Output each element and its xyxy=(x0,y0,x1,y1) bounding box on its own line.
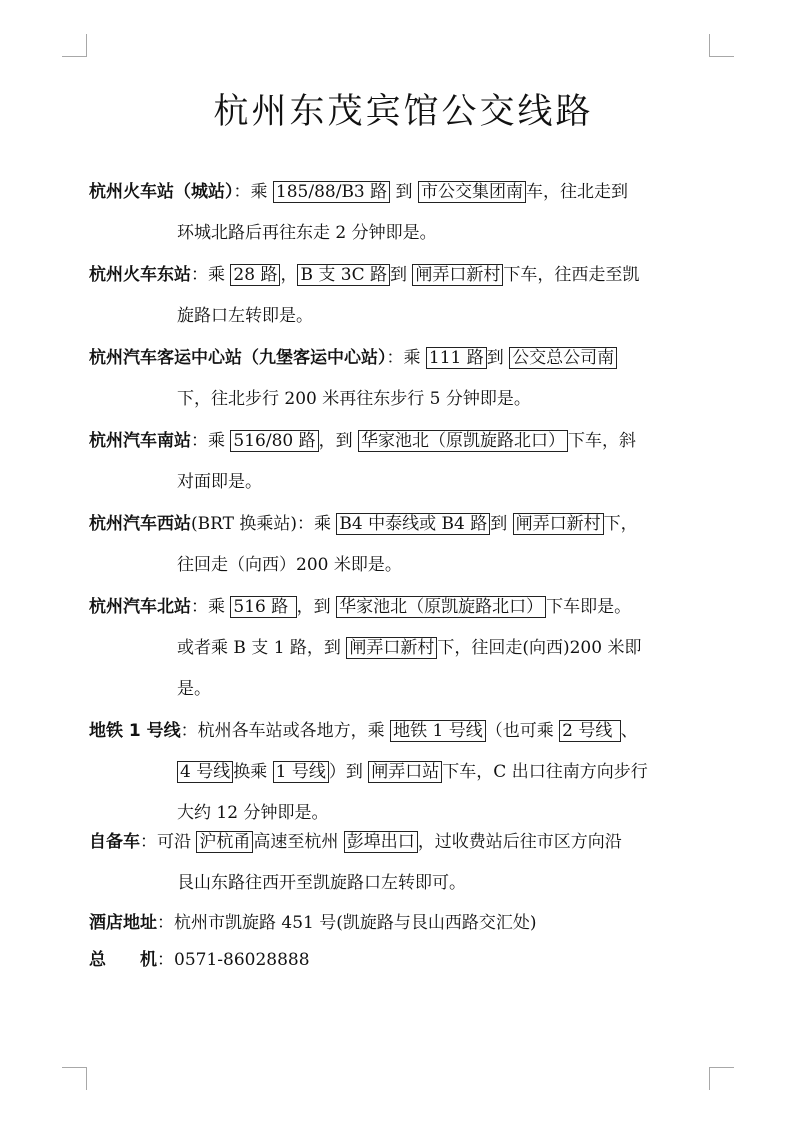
boxed-route-term: 516/80 路 xyxy=(230,430,318,452)
route-text: 下， xyxy=(604,514,638,534)
route-text: ，到 xyxy=(319,431,358,451)
route-text: 换乘 xyxy=(233,762,272,782)
station-label: 杭州火车站（城站） xyxy=(89,182,234,202)
boxed-route-term: 闸弄口新村 xyxy=(412,264,503,286)
route-entry: 杭州汽车客运中心站（九堡客运中心站）：乘 111 路到 公交总公司南下，往北步行… xyxy=(89,338,714,420)
route-text: ， xyxy=(280,265,297,285)
route-entry: 杭州火车东站：乘 28 路，B 支 3C 路到 闸弄口新村下车，往西走至凯旋路口… xyxy=(89,255,714,337)
station-label: 杭州汽车南站 xyxy=(89,431,191,451)
phone-value: ：0571-86028888 xyxy=(157,950,310,970)
boxed-route-term: 沪杭甬 xyxy=(196,831,253,853)
boxed-route-term: 华家池北（原凯旋路北口） xyxy=(358,430,568,452)
boxed-route-term: B4 中泰线或 B4 路 xyxy=(336,513,490,535)
boxed-route-term: 185/88/B3 路 xyxy=(273,181,390,203)
page-title: 杭州东茂宾馆公交线路 xyxy=(0,84,807,134)
route-entry: 杭州火车站（城站）：乘 185/88/B3 路 到 市公交集团南车，往北走到环城… xyxy=(89,172,714,254)
route-entry: 地铁 1 号线：杭州各车站或各地方，乘 地铁 1 号线（也可乘 2 号线 、4 … xyxy=(89,711,714,834)
boxed-route-term: 地铁 1 号线 xyxy=(390,720,486,742)
boxed-route-term: 公交总公司南 xyxy=(509,347,617,369)
route-text: 下车，C 出口往南方向步行 xyxy=(442,762,647,782)
route-line: 杭州火车东站：乘 28 路，B 支 3C 路到 闸弄口新村下车，往西走至凯 xyxy=(89,255,714,296)
route-line: 是。 xyxy=(89,669,714,710)
station-label: 杭州汽车西站 xyxy=(89,514,191,534)
route-text: 或者乘 B 支 1 路，到 xyxy=(177,638,346,658)
boxed-route-term: 111 路 xyxy=(426,347,487,369)
crop-mark-bottom-left xyxy=(62,1067,87,1090)
route-text: 下车，斜 xyxy=(568,431,636,451)
crop-mark-top-right xyxy=(709,34,734,57)
route-text: 到 xyxy=(490,514,512,534)
route-line: 杭州汽车西站(BRT 换乘站)：乘 B4 中泰线或 B4 路到 闸弄口新村下， xyxy=(89,504,714,545)
route-text: 环城北路后再往东走 2 分钟即是。 xyxy=(177,223,437,243)
route-text: 往回走（向西）200 米即是。 xyxy=(177,555,402,575)
route-text: 旋路口左转即是。 xyxy=(177,306,313,326)
route-line: 地铁 1 号线：杭州各车站或各地方，乘 地铁 1 号线（也可乘 2 号线 、 xyxy=(89,711,714,752)
hotel-phone: 总 机：0571-86028888 xyxy=(89,940,714,981)
route-text: 到 xyxy=(487,348,509,368)
boxed-route-term: 1 号线 xyxy=(273,761,329,783)
hotel-address: 酒店地址：杭州市凯旋路 451 号(凯旋路与艮山西路交汇处) xyxy=(89,903,714,944)
route-text: ：可沿 xyxy=(140,832,196,852)
crop-mark-top-left xyxy=(62,34,87,57)
boxed-route-term: 2 号线 xyxy=(559,720,621,742)
route-text: 高速至杭州 xyxy=(253,832,343,852)
route-text: ：乘 xyxy=(387,348,426,368)
phone-label: 总 机 xyxy=(89,950,157,970)
route-text: ：杭州各车站或各地方，乘 xyxy=(181,721,390,741)
crop-mark-bottom-right xyxy=(709,1067,734,1090)
station-label: 杭州火车东站 xyxy=(89,265,191,285)
route-entry: 杭州汽车西站(BRT 换乘站)：乘 B4 中泰线或 B4 路到 闸弄口新村下，往… xyxy=(89,504,714,586)
route-line: 4 号线换乘 1 号线）到 闸弄口站下车，C 出口往南方向步行 xyxy=(89,752,714,793)
station-label-suffix: (BRT 换乘站) xyxy=(191,514,297,534)
route-line: 杭州火车站（城站）：乘 185/88/B3 路 到 市公交集团南车，往北走到 xyxy=(89,172,714,213)
route-entry: 自备车：可沿 沪杭甬高速至杭州 彭埠出口，过收费站后往市区方向沿艮山东路往西开至… xyxy=(89,822,714,904)
route-entry: 杭州汽车南站：乘 516/80 路，到 华家池北（原凯旋路北口）下车，斜对面即是… xyxy=(89,421,714,503)
route-line: 杭州汽车北站：乘 516 路 ，到 华家池北（原凯旋路北口）下车即是。 xyxy=(89,587,714,628)
route-text: 到 xyxy=(390,265,412,285)
route-text: ：乘 xyxy=(191,431,230,451)
boxed-route-term: 28 路 xyxy=(230,264,280,286)
route-text: 下车，往西走至凯 xyxy=(503,265,639,285)
boxed-route-term: 闸弄口新村 xyxy=(346,637,437,659)
route-line: 自备车：可沿 沪杭甬高速至杭州 彭埠出口，过收费站后往市区方向沿 xyxy=(89,822,714,863)
route-line: 下，往北步行 200 米再往东步行 5 分钟即是。 xyxy=(89,379,714,420)
boxed-route-term: 市公交集团南 xyxy=(418,181,526,203)
route-line: 艮山东路往西开至凯旋路口左转即可。 xyxy=(89,863,714,904)
route-text: 到 xyxy=(390,182,418,202)
route-text: ：乘 xyxy=(297,514,336,534)
route-text: 、 xyxy=(621,721,638,741)
route-text: 下，往回走(向西)200 米即 xyxy=(437,638,641,658)
boxed-route-term: 闸弄口站 xyxy=(368,761,442,783)
boxed-route-term: B 支 3C 路 xyxy=(297,264,390,286)
station-label: 杭州汽车北站 xyxy=(89,597,191,617)
route-line: 杭州汽车客运中心站（九堡客运中心站）：乘 111 路到 公交总公司南 xyxy=(89,338,714,379)
route-text: 是。 xyxy=(177,679,211,699)
route-text: ：乘 xyxy=(191,597,230,617)
route-text: ，到 xyxy=(297,597,336,617)
boxed-route-term: 516 路 xyxy=(230,596,296,618)
address-label: 酒店地址 xyxy=(89,913,157,933)
boxed-route-term: 闸弄口新村 xyxy=(513,513,604,535)
route-line: 环城北路后再往东走 2 分钟即是。 xyxy=(89,213,714,254)
station-label: 地铁 1 号线 xyxy=(89,721,181,741)
boxed-route-term: 4 号线 xyxy=(177,761,233,783)
route-text: 大约 12 分钟即是。 xyxy=(177,803,328,823)
route-text: 车，往北走到 xyxy=(526,182,628,202)
route-text: ，过收费站后往市区方向沿 xyxy=(418,832,622,852)
route-line: 杭州汽车南站：乘 516/80 路，到 华家池北（原凯旋路北口）下车，斜 xyxy=(89,421,714,462)
route-text: ）到 xyxy=(329,762,368,782)
route-text: ：乘 xyxy=(234,182,273,202)
boxed-route-term: 彭埠出口 xyxy=(344,831,418,853)
boxed-route-term: 华家池北（原凯旋路北口） xyxy=(336,596,546,618)
route-text: 对面即是。 xyxy=(177,472,262,492)
route-text: ：乘 xyxy=(191,265,230,285)
route-text: 下，往北步行 200 米再往东步行 5 分钟即是。 xyxy=(177,389,531,409)
route-line: 往回走（向西）200 米即是。 xyxy=(89,545,714,586)
station-label: 自备车 xyxy=(89,832,140,852)
route-line: 旋路口左转即是。 xyxy=(89,296,714,337)
route-line: 对面即是。 xyxy=(89,462,714,503)
address-value: ：杭州市凯旋路 451 号(凯旋路与艮山西路交汇处) xyxy=(157,913,537,933)
route-text: 艮山东路往西开至凯旋路口左转即可。 xyxy=(177,873,466,893)
station-label: 杭州汽车客运中心站（九堡客运中心站） xyxy=(89,348,387,368)
route-entry: 杭州汽车北站：乘 516 路 ，到 华家池北（原凯旋路北口）下车即是。或者乘 B… xyxy=(89,587,714,710)
route-text: （也可乘 xyxy=(486,721,559,741)
route-line: 或者乘 B 支 1 路，到 闸弄口新村下，往回走(向西)200 米即 xyxy=(89,628,714,669)
route-text: 下车即是。 xyxy=(546,597,631,617)
